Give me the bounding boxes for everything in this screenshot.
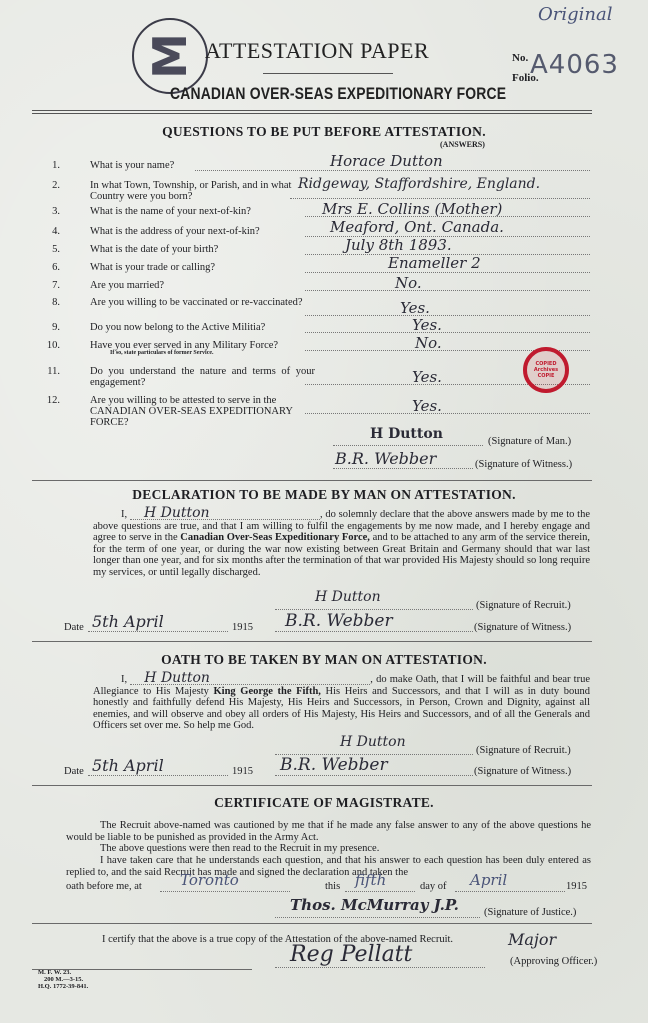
i-label: I, bbox=[93, 509, 127, 520]
justice-signature-line bbox=[275, 917, 480, 918]
question-number: 8. bbox=[40, 297, 60, 308]
answer-value: Yes. bbox=[412, 368, 442, 386]
question-text: What is the date of your birth? bbox=[90, 244, 330, 255]
witness-signature-label: (Signature of Witness.) bbox=[474, 622, 571, 633]
original-mark: Original bbox=[538, 4, 612, 25]
witness-signature-line bbox=[275, 775, 473, 776]
answer-value: No. bbox=[395, 274, 422, 292]
magistrate-para-1: The Recruit above-named was cautioned by… bbox=[66, 820, 591, 843]
form-code: M. F. W. 23. 200 M.—3-15. H.Q. 1772-39-8… bbox=[38, 969, 88, 990]
recruit-signature-label: (Signature of Recruit.) bbox=[476, 745, 571, 756]
question-text: Do you understand the nature and terms o… bbox=[90, 366, 315, 388]
answer-value: Yes. bbox=[412, 316, 442, 334]
witness-signature-label: (Signature of Witness.) bbox=[474, 766, 571, 777]
justice-signature: Thos. McMurray J.P. bbox=[290, 896, 459, 914]
no-label: No. bbox=[512, 52, 528, 64]
title-rule bbox=[263, 73, 393, 74]
questions-heading: QUESTIONS TO BE PUT BEFORE ATTESTATION. bbox=[0, 124, 648, 140]
registration-number: A4063 bbox=[530, 50, 619, 80]
form-code-line: 200 M.—3-15. bbox=[38, 976, 88, 983]
oath-before-label: oath before me, at bbox=[66, 881, 142, 892]
question-number: 3. bbox=[40, 206, 60, 217]
attestation-month: April bbox=[470, 871, 507, 889]
attestation-place: Toronto bbox=[180, 871, 239, 889]
recruit-signature-label: (Signature of Recruit.) bbox=[476, 600, 571, 611]
date-line bbox=[88, 631, 228, 632]
answer-line bbox=[195, 170, 590, 171]
witness-signature-line bbox=[333, 468, 473, 469]
oath-date: 5th April bbox=[92, 756, 164, 775]
question-row: 10. Have you ever served in any Military… bbox=[40, 340, 592, 358]
oath-king-name: King George the Fifth, bbox=[214, 686, 321, 697]
day-of-label: day of bbox=[420, 881, 447, 892]
declaration-year: 1915 bbox=[232, 622, 253, 633]
justice-signature-label: (Signature of Justice.) bbox=[484, 907, 576, 918]
declaration-text: I, H Dutton, do solemnly declare that th… bbox=[93, 508, 590, 578]
answer-value: Yes. bbox=[412, 397, 442, 415]
question-text: What is the address of your next-of-kin? bbox=[90, 226, 330, 237]
question-row: 7. Are you married? No. bbox=[40, 280, 592, 298]
declarant-name: H Dutton bbox=[130, 508, 320, 520]
stamp-text: COPIED Archives COPIE bbox=[527, 361, 565, 379]
oath-taker-name: H Dutton bbox=[130, 673, 370, 685]
question-row: 4. What is the address of your next-of-k… bbox=[40, 226, 592, 244]
stamp-letter: M bbox=[143, 33, 197, 79]
question-row: 5. What is the date of your birth? July … bbox=[40, 244, 592, 262]
this-label: this bbox=[325, 881, 340, 892]
officer-signature: Reg Pellatt bbox=[290, 942, 412, 967]
question-number: 7. bbox=[40, 280, 60, 291]
date-line bbox=[88, 775, 228, 776]
recruit-signature: H Dutton bbox=[340, 734, 406, 750]
answer-value: Meaford, Ont. Canada. bbox=[330, 218, 504, 236]
answer-line bbox=[305, 315, 590, 316]
answer-line bbox=[305, 272, 590, 273]
magistrate-para-3: I have taken care that he understands ea… bbox=[66, 855, 591, 878]
officer-signature-line bbox=[275, 967, 485, 968]
man-signature-label: (Signature of Man.) bbox=[488, 436, 571, 447]
document-subtitle: CANADIAN OVER-SEAS EXPEDITIONARY FORCE bbox=[170, 84, 506, 104]
question-row: 8. Are you willing to be vaccinated or r… bbox=[40, 297, 592, 315]
man-signature-line bbox=[333, 445, 483, 446]
declaration-date: 5th April bbox=[92, 612, 164, 631]
witness-signature: B.R. Webber bbox=[280, 755, 388, 775]
form-code-line: H.Q. 1772-39-841. bbox=[38, 983, 88, 990]
attestation-day: fifth bbox=[355, 871, 386, 889]
answers-label: (ANSWERS) bbox=[440, 140, 485, 149]
answer-value: July 8th 1893. bbox=[345, 236, 452, 254]
date-label: Date bbox=[64, 766, 84, 777]
question-text: Are you married? bbox=[90, 280, 330, 291]
question-text: Do you now belong to the Active Militia? bbox=[90, 322, 330, 333]
question-row: 9. Do you now belong to the Active Milit… bbox=[40, 322, 592, 340]
witness-signature-label: (Signature of Witness.) bbox=[475, 459, 572, 470]
section-divider bbox=[32, 923, 592, 924]
question-number: 11. bbox=[40, 366, 60, 377]
question-row: 6. What is your trade or calling? Enamel… bbox=[40, 262, 592, 280]
answer-line bbox=[290, 198, 590, 199]
place-line bbox=[160, 891, 290, 892]
date-label: Date bbox=[64, 622, 84, 633]
officer-rank: Major bbox=[508, 930, 556, 949]
question-text: Are you willing to be vaccinated or re-v… bbox=[90, 297, 315, 308]
day-line bbox=[345, 891, 415, 892]
magistrate-heading: CERTIFICATE OF MAGISTRATE. bbox=[0, 795, 648, 811]
answer-value: Enameller 2 bbox=[388, 254, 481, 272]
section-divider bbox=[32, 641, 592, 642]
witness-signature-line bbox=[275, 631, 473, 632]
question-number: 1. bbox=[40, 160, 60, 171]
question-number: 10. bbox=[40, 340, 60, 351]
answer-line bbox=[305, 332, 590, 333]
magistrate-para-2: The above questions were then read to th… bbox=[100, 843, 590, 855]
m-stamp: M bbox=[132, 18, 208, 94]
attestation-year: 1915 bbox=[566, 881, 587, 892]
document-title: ATTESTATION PAPER bbox=[205, 38, 429, 64]
answer-line bbox=[305, 413, 590, 414]
witness-signature: B.R. Webber bbox=[285, 611, 393, 631]
declaration-force-name: Canadian Over-Seas Expeditionary Force, bbox=[180, 532, 370, 543]
question-number: 5. bbox=[40, 244, 60, 255]
question-text: Are you willing to be attested to serve … bbox=[90, 395, 305, 428]
question-row: 12. Are you willing to be attested to se… bbox=[40, 395, 592, 413]
attestation-paper: M ATTESTATION PAPER CANADIAN OVER-SEAS E… bbox=[0, 0, 648, 1023]
answer-value: No. bbox=[415, 334, 442, 352]
officer-signature-label: (Approving Officer.) bbox=[510, 956, 597, 967]
question-text: What is the name of your next-of-kin? bbox=[90, 206, 330, 217]
question-row: 11. Do you understand the nature and ter… bbox=[40, 366, 592, 384]
question-number: 9. bbox=[40, 322, 60, 333]
man-signature: H Dutton bbox=[370, 426, 443, 442]
answer-line bbox=[305, 290, 590, 291]
form-code-line: M. F. W. 23. bbox=[38, 969, 88, 976]
recruit-signature-line bbox=[275, 609, 473, 610]
i-label: I, bbox=[93, 674, 127, 685]
question-text: In what Town, Township, or Parish, and i… bbox=[90, 180, 315, 202]
answer-value: Mrs E. Collins (Mother) bbox=[322, 200, 502, 218]
oath-heading: OATH TO BE TAKEN BY MAN ON ATTESTATION. bbox=[0, 652, 648, 668]
recruit-signature: H Dutton bbox=[315, 589, 381, 605]
header-divider bbox=[32, 110, 592, 114]
section-divider bbox=[32, 785, 592, 786]
question-text: What is your trade or calling? bbox=[90, 262, 330, 273]
question-number: 12. bbox=[40, 395, 60, 406]
declaration-heading: DECLARATION TO BE MADE BY MAN ON ATTESTA… bbox=[0, 487, 648, 503]
question-row: 2. In what Town, Township, or Parish, an… bbox=[40, 180, 592, 198]
question-number: 6. bbox=[40, 262, 60, 273]
answer-value: Yes. bbox=[400, 299, 430, 317]
month-line bbox=[455, 891, 565, 892]
answer-value: Horace Dutton bbox=[330, 152, 443, 170]
oath-year: 1915 bbox=[232, 766, 253, 777]
question-row: 3. What is the name of your next-of-kin?… bbox=[40, 206, 592, 224]
oath-text: I, H Dutton, do make Oath, that I will b… bbox=[93, 673, 590, 732]
archives-copied-stamp: COPIED Archives COPIE bbox=[523, 347, 569, 393]
section-divider bbox=[32, 480, 592, 481]
answer-value: Ridgeway, Staffordshire, England. bbox=[298, 176, 540, 192]
question-number: 4. bbox=[40, 226, 60, 237]
witness-signature: B.R. Webber bbox=[335, 449, 436, 468]
question-note: If so, state particulars of former Servi… bbox=[110, 350, 214, 356]
question-number: 2. bbox=[40, 180, 60, 191]
